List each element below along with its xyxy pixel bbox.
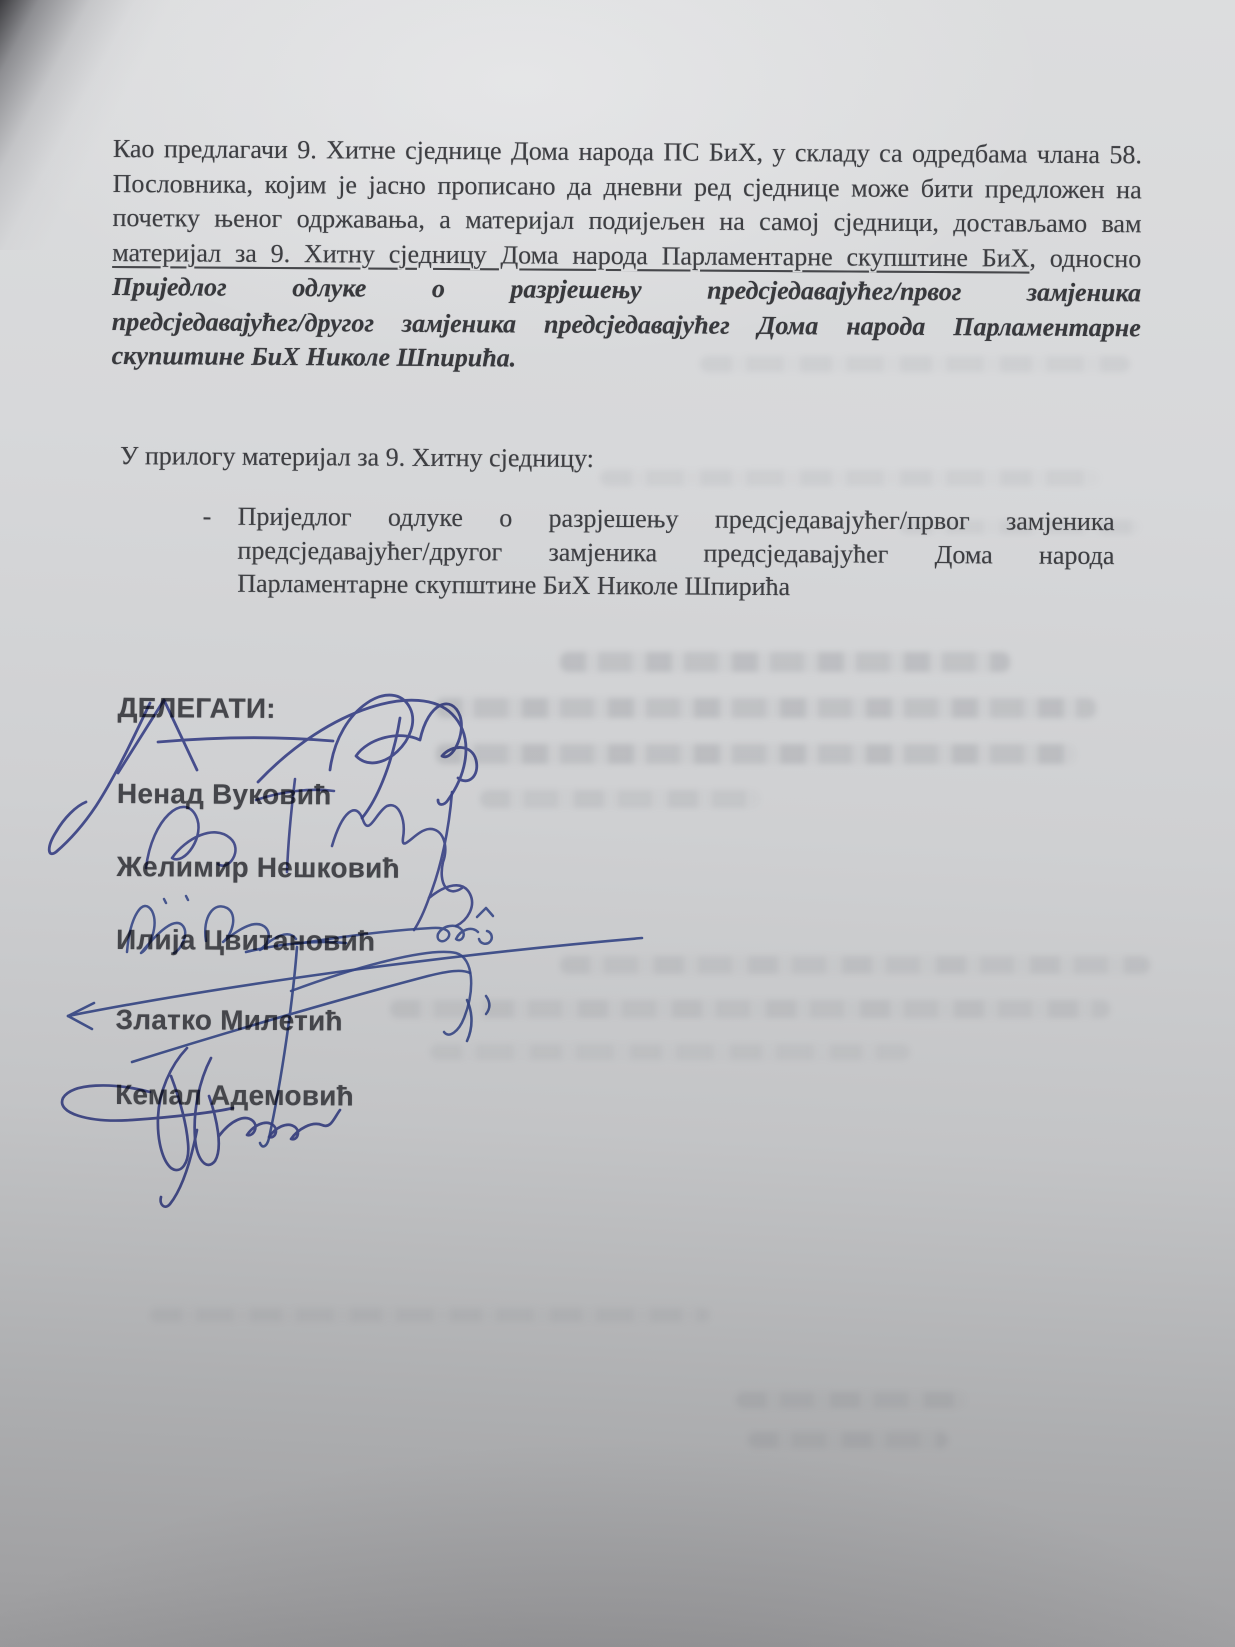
document-photo: { "document": { "intro_paragraph": { "li…	[0, 0, 1235, 1647]
signatures-overlay	[0, 0, 1235, 1647]
signature-kemal-ademovic	[62, 1048, 340, 1207]
signature-nenad-vukovic	[49, 695, 477, 854]
page-corner-shadow	[0, 0, 170, 250]
signature-ilija-cvitanovic	[127, 896, 493, 1035]
signature-zelimir-neskovic	[146, 779, 472, 930]
signature-zlatko-miletic	[68, 938, 642, 1146]
